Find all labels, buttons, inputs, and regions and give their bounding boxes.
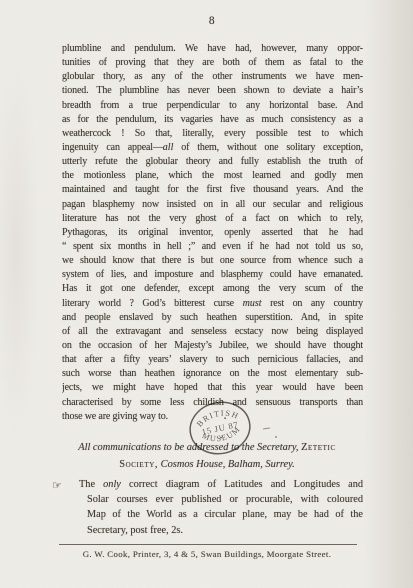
scanned-page: 8 plumbline and pendulum. We have had, h… [0, 0, 413, 588]
body-paragraph: plumbline and pendulum. We have had, how… [62, 42, 363, 424]
body-line: Pythagoras, its original inventor, openl… [62, 226, 363, 240]
footer-rule [59, 544, 357, 545]
advert-lines: The only correct diagram of Latitudes an… [50, 477, 363, 538]
body-line: globular thory, as any of the other inst… [62, 70, 363, 84]
printer-imprint: G. W. Cook, Printer, 3, 4 & 5, Swan Buil… [40, 549, 374, 559]
body-line: tioned. The plumbline has never been sho… [62, 84, 363, 98]
advert-line: Solar courses ever published or procurab… [50, 492, 363, 507]
page-number: 8 [62, 15, 362, 27]
body-line: maintained and taught for the first five… [62, 183, 363, 197]
body-line: “ spent six months in hell ;” and even i… [62, 240, 363, 254]
body-line: utterly refute the globular theory and f… [62, 155, 363, 169]
body-line: system of lies, and imposture and blasph… [62, 268, 363, 282]
body-line: Has it got one defender, except among th… [62, 282, 363, 296]
body-line: on the occasion of her Majesty’s Jubilee… [62, 339, 363, 353]
scan-shadow-right-edge [363, 0, 413, 588]
body-line: literary world ? God’s bitterest curse m… [62, 297, 363, 311]
scan-artifact-dot [275, 436, 277, 438]
body-line: ingenuity can appeal—all of them, withou… [62, 141, 363, 155]
body-line: tunities of proving that they are both o… [62, 56, 363, 70]
scan-artifact-dash [263, 428, 270, 430]
body-line: as for the pendulum, its vagaries have a… [62, 113, 363, 127]
body-line: and people enslaved by such heathen supe… [62, 311, 363, 325]
body-line: jects, we might have hoped that this yea… [62, 381, 363, 395]
body-line: literature has not the very ghost of a f… [62, 212, 363, 226]
body-line: the motionless plane, which the most lea… [62, 169, 363, 183]
body-line: pagan blasphemy now insisted on in all o… [62, 198, 363, 212]
body-line: such worse than heathen ignorance on the… [62, 367, 363, 381]
body-line: we should know that there is but one sou… [62, 254, 363, 268]
scan-smudge-left [0, 60, 40, 440]
notice-address-italic: Cosmos House, Balham, Surrey. [161, 459, 295, 470]
body-line: breadth from a true perpendicular to any… [62, 99, 363, 113]
advert-paragraph: ☞ The only correct diagram of Latitudes … [50, 477, 363, 538]
advert-line: The only correct diagram of Latitudes an… [50, 477, 363, 492]
body-line: weathercock ! So that, literally, every … [62, 127, 363, 141]
body-line: plumbline and pendulum. We have had, how… [62, 42, 363, 56]
body-line: that after a fifty years’ slavery to suc… [62, 353, 363, 367]
advert-line: Secretary, post free, 2s. [50, 523, 363, 538]
society-name-part-2: Society, [119, 459, 158, 470]
manicule-icon: ☞ [52, 478, 62, 493]
society-name-part-1: Zetetic [301, 442, 336, 453]
body-line: of all the extravagant and senseless ecs… [62, 325, 363, 339]
advert-line: Map of the World as a circular plane, ma… [50, 507, 363, 522]
